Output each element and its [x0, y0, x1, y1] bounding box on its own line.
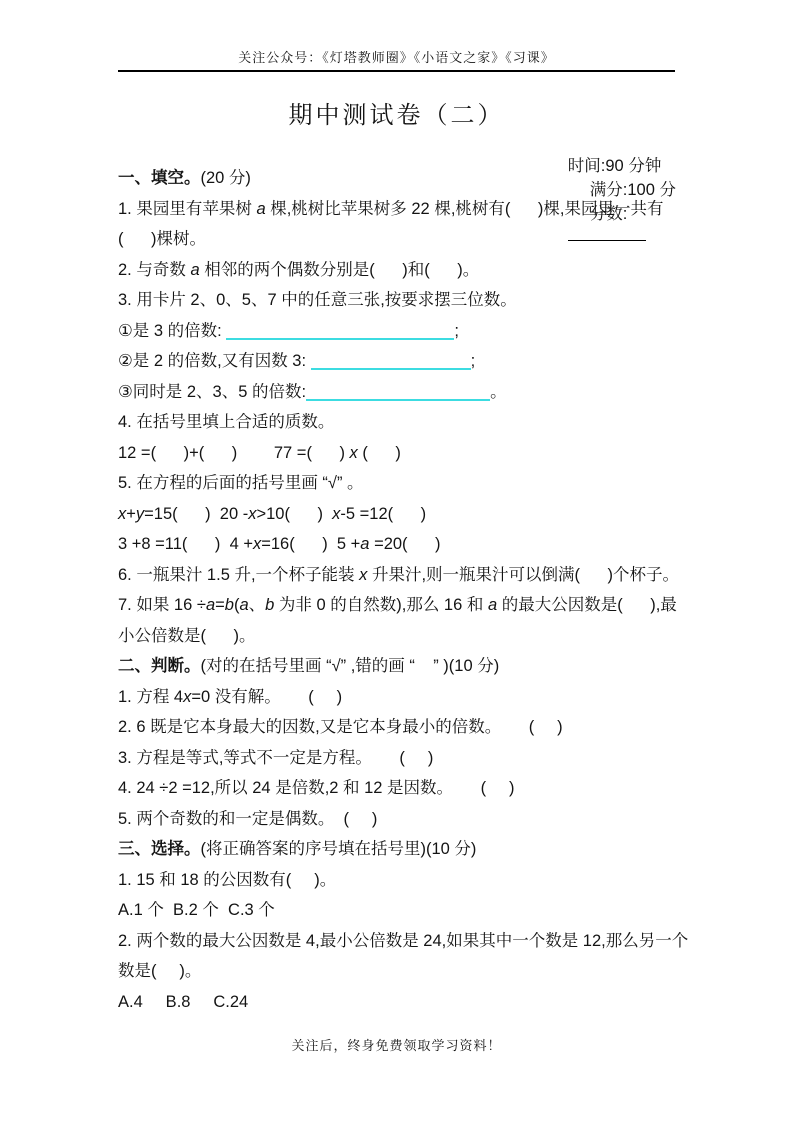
text-segment: a — [190, 261, 199, 279]
text-segment: 7. 如果 16 ÷ — [118, 596, 206, 614]
text-segment: 棵,桃树比苹果树多 22 棵,桃树有( )棵,果园里一共有 — [266, 200, 664, 218]
q3-blank-2: ②是 2 的倍数,又有因数 3: ; — [118, 346, 718, 377]
section-2-header: 二、判断。(对的在括号里画 “√” ,错的画 “ ” )(10 分) — [118, 651, 718, 682]
header-note: 关注公众号：《灯塔教师圈》《小语文之家》《习课》 — [0, 47, 793, 66]
test-paper-page: 关注公众号：《灯塔教师圈》《小语文之家》《习课》 期中测试卷（二） 时间:90 … — [0, 0, 793, 1122]
text-segment: ; — [454, 322, 459, 340]
text-segment: 的最大公因数是( ),最 — [497, 596, 677, 614]
judge-1: 1. 方程 4x=0 没有解。 ( ) — [118, 682, 718, 713]
text-segment: (20 分) — [201, 169, 251, 187]
text-segment: 3. 方程是等式,等式不一定是方程。 ( ) — [118, 749, 433, 767]
answer-blank-line — [311, 364, 471, 370]
choice-1-options: A.1 个 B.2 个 C.3 个 — [118, 895, 718, 926]
text-segment: ; — [471, 352, 476, 370]
q7-line-2: 小公倍数是( )。 — [118, 621, 718, 652]
text-segment: 二、判断。 — [118, 657, 201, 675]
q1-line-2: ( )棵树。 — [118, 224, 718, 255]
text-segment: a — [488, 596, 497, 614]
text-segment: 3 +8 =11( ) 4 + — [118, 535, 253, 553]
text-segment: ③同时是 2、3、5 的倍数: — [118, 383, 306, 401]
text-segment: =15( ) 20 - — [144, 505, 248, 523]
text-segment: 一、填空。 — [118, 169, 201, 187]
header-rule — [118, 70, 675, 72]
section-1-header: 一、填空。(20 分) — [118, 163, 718, 194]
choice-2-options: A.4 B.8 C.24 — [118, 987, 718, 1018]
choice-2-line-1: 2. 两个数的最大公因数是 4,最小公倍数是 24,如果其中一个数是 12,那么… — [118, 926, 718, 957]
q5-row-2: 3 +8 =11( ) 4 +x=16( ) 5 +a =20( ) — [118, 529, 718, 560]
text-segment: ( )棵树。 — [118, 230, 206, 248]
text-segment: 12 =( )+( ) 77 =( ) — [118, 444, 350, 462]
text-segment: 3. 用卡片 2、0、5、7 中的任意三张,按要求摆三位数。 — [118, 291, 517, 309]
text-segment: a — [206, 596, 215, 614]
text-segment: (对的在括号里画 “√” ,错的画 “ ” )(10 分) — [201, 657, 500, 675]
judge-4: 4. 24 ÷2 =12,所以 24 是倍数,2 和 12 是因数。 ( ) — [118, 773, 718, 804]
answer-blank-line — [226, 334, 454, 340]
text-segment: =20( ) — [369, 535, 440, 553]
text-segment: 1. 果园里有苹果树 — [118, 200, 256, 218]
text-segment: 6. 一瓶果汁 1.5 升,一个杯子能装 — [118, 566, 359, 584]
page-title: 期中测试卷（二） — [0, 95, 793, 130]
q2: 2. 与奇数 a 相邻的两个偶数分别是( )和( )。 — [118, 255, 718, 286]
text-segment: ②是 2 的倍数,又有因数 3: — [118, 352, 311, 370]
text-segment: ( ) — [358, 444, 401, 462]
judge-3: 3. 方程是等式,等式不一定是方程。 ( ) — [118, 743, 718, 774]
text-segment: = — [215, 596, 225, 614]
q5: 5. 在方程的后面的括号里画 “√” 。 — [118, 468, 718, 499]
text-segment: =16( ) 5 + — [261, 535, 360, 553]
text-segment: x — [118, 505, 126, 523]
q5-row-1: x+y=15( ) 20 -x>10( ) x-5 =12( ) — [118, 499, 718, 530]
q1-line-1: 1. 果园里有苹果树 a 棵,桃树比苹果树多 22 棵,桃树有( )棵,果园里一… — [118, 194, 718, 225]
text-segment: 数是( )。 — [118, 962, 201, 980]
text-segment: 相邻的两个偶数分别是( )和( )。 — [200, 261, 480, 279]
text-segment: 小公倍数是( )。 — [118, 627, 256, 645]
q3: 3. 用卡片 2、0、5、7 中的任意三张,按要求摆三位数。 — [118, 285, 718, 316]
choice-1: 1. 15 和 18 的公因数有( )。 — [118, 865, 718, 896]
text-segment: >10( ) — [256, 505, 332, 523]
footer-note: 关注后，终身免费领取学习资料！ — [0, 1035, 793, 1054]
q3-blank-3: ③同时是 2、3、5 的倍数:。 — [118, 377, 718, 408]
text-segment: 5. 两个奇数的和一定是偶数。 ( ) — [118, 810, 377, 828]
choice-2-line-2: 数是( )。 — [118, 956, 718, 987]
text-segment: a — [239, 596, 248, 614]
text-segment: 三、选择。 — [118, 840, 201, 858]
text-segment: y — [136, 505, 144, 523]
answer-blank-line — [306, 395, 490, 401]
text-segment: 1. 15 和 18 的公因数有( )。 — [118, 871, 336, 889]
judge-5: 5. 两个奇数的和一定是偶数。 ( ) — [118, 804, 718, 835]
q4: 4. 在括号里填上合适的质数。 — [118, 407, 718, 438]
text-segment: -5 =12( ) — [340, 505, 426, 523]
text-segment: 、 — [249, 596, 266, 614]
text-segment: 1. 方程 4 — [118, 688, 183, 706]
text-segment: 5. 在方程的后面的括号里画 “√” 。 — [118, 474, 364, 492]
text-segment: b — [225, 596, 234, 614]
text-segment: 2. 与奇数 — [118, 261, 190, 279]
text-segment: A.1 个 B.2 个 C.3 个 — [118, 901, 275, 919]
text-segment: 升果汁,则一瓶果汁可以倒满( )个杯子。 — [367, 566, 679, 584]
text-segment: b — [265, 596, 274, 614]
text-segment: ①是 3 的倍数: — [118, 322, 226, 340]
text-segment: A.4 B.8 C.24 — [118, 993, 248, 1011]
text-segment: a — [256, 200, 265, 218]
q4-equations: 12 =( )+( ) 77 =( ) x ( ) — [118, 438, 718, 469]
text-segment: 2. 6 既是它本身最大的因数,又是它本身最小的倍数。 ( ) — [118, 718, 563, 736]
text-segment: 为非 0 的自然数),那么 16 和 — [274, 596, 488, 614]
document-body: 一、填空。(20 分)1. 果园里有苹果树 a 棵,桃树比苹果树多 22 棵,桃… — [118, 163, 718, 1017]
q3-blank-1: ①是 3 的倍数: ; — [118, 316, 718, 347]
text-segment: 4. 24 ÷2 =12,所以 24 是倍数,2 和 12 是因数。 ( ) — [118, 779, 514, 797]
text-segment: =0 没有解。 ( ) — [191, 688, 342, 706]
section-3-header: 三、选择。(将正确答案的序号填在括号里)(10 分) — [118, 834, 718, 865]
text-segment: x — [253, 535, 261, 553]
judge-2: 2. 6 既是它本身最大的因数,又是它本身最小的倍数。 ( ) — [118, 712, 718, 743]
text-segment: + — [126, 505, 136, 523]
text-segment: x — [350, 444, 358, 462]
q7-line-1: 7. 如果 16 ÷a=b(a、b 为非 0 的自然数),那么 16 和 a 的… — [118, 590, 718, 621]
q6: 6. 一瓶果汁 1.5 升,一个杯子能装 x 升果汁,则一瓶果汁可以倒满( )个… — [118, 560, 718, 591]
text-segment: 4. 在括号里填上合适的质数。 — [118, 413, 334, 431]
text-segment: 2. 两个数的最大公因数是 4,最小公倍数是 24,如果其中一个数是 12,那么… — [118, 932, 688, 950]
text-segment: (将正确答案的序号填在括号里)(10 分) — [201, 840, 477, 858]
text-segment: 。 — [490, 383, 507, 401]
